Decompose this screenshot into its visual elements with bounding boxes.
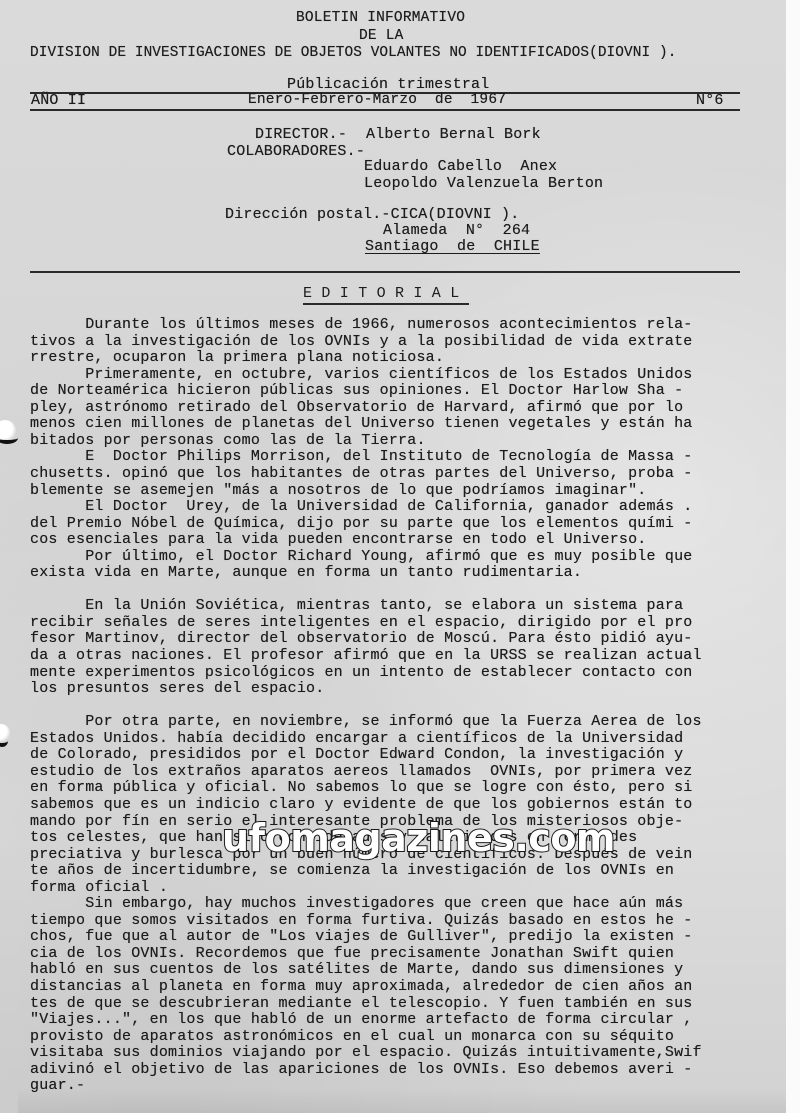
- editorial-line: bitados por personas como las de la Tier…: [30, 432, 426, 449]
- editorial-line: de Colorado, presididos por el Doctor Ed…: [30, 746, 683, 763]
- editorial-line: Durante los últimos meses de 1966, numer…: [30, 316, 693, 333]
- division-name: DIVISION DE INVESTIGACIONES DE OBJETOS V…: [30, 45, 676, 62]
- editorial-line: provisto de aparatos astronómicos en el …: [30, 1028, 674, 1045]
- editorial-line: distancias al planeta en forma muy aprox…: [30, 978, 693, 995]
- editorial-line: menos cien millones de planetas del Univ…: [30, 415, 693, 432]
- section-divider: [30, 271, 740, 273]
- editorial-line: tes de que se descubrieran mediante el t…: [30, 995, 693, 1012]
- editorial-line: chusetts. opinó que los habitantes de ot…: [30, 465, 693, 482]
- editorial-line: visitaba sus dominios viajando por el es…: [30, 1044, 702, 1061]
- editorial-line: estudio de los extraños aparatos aereos …: [30, 763, 693, 780]
- editorial-heading: EDITORIAL: [303, 285, 469, 305]
- editorial-line: sabemos que es un indicio claro y eviden…: [30, 796, 693, 813]
- postal-street: Alameda N° 264: [383, 222, 530, 239]
- director-label: DIRECTOR.-: [255, 126, 347, 143]
- editorial-line: da a otras naciones. El profesor afirmó …: [30, 647, 702, 664]
- bulletin-title: BOLETIN INFORMATIVO: [296, 10, 465, 27]
- header-rule-bottom: [30, 109, 740, 111]
- year-label: AÑO II: [31, 92, 86, 109]
- editorial-line: El Doctor Urey, de la Universidad de Cal…: [30, 498, 693, 515]
- editorial-line: pley, astrónomo retirado del Observatori…: [30, 399, 683, 416]
- editorial-line: de Norteamérica hicieron públicas sus op…: [30, 382, 683, 399]
- publication-type: Públicación trimestral: [287, 76, 489, 93]
- editorial-line: E Doctor Philips Morrison, del Instituto…: [30, 448, 693, 465]
- editorial-line: te años de incertidumbre, se comienza la…: [30, 862, 674, 879]
- editorial-line: guar.-: [30, 1077, 85, 1094]
- editorial-line: blemente se asemejen "más a nosotros de …: [30, 482, 647, 499]
- postal-city: Santiago de CHILE: [365, 238, 540, 255]
- editorial-line: adivinó el objetivo de las apariciones d…: [30, 1061, 693, 1078]
- editorial-line: del Premio Nóbel de Química, dijo por su…: [30, 515, 693, 532]
- director-name: Alberto Bernal Bork: [366, 126, 541, 143]
- editorial-line: rrestre, ocuparon la primera plana notic…: [30, 349, 444, 366]
- editorial-line: En la Unión Soviética, mientras tanto, s…: [30, 597, 683, 614]
- editorial-line: "Viajes...", en los que habló de un enor…: [30, 1011, 693, 1028]
- editorial-line: recibir señales de seres inteligentes en…: [30, 614, 693, 631]
- collaborators-label: COLABORADORES.-: [227, 143, 365, 160]
- editorial-line: tiempo que somos visitados en forma furt…: [30, 912, 693, 929]
- editorial-line: Estados Unidos. había decidido encargar …: [30, 730, 683, 747]
- page-shadow: [18, 1088, 800, 1113]
- editorial-line: cos esenciales para la vida pueden encon…: [30, 531, 647, 548]
- editorial-line: mente experimentos psicológicos en un in…: [30, 664, 693, 681]
- issue-period: Enero-Febrero-Marzo de 1967: [248, 92, 506, 109]
- editorial-line: habló en sus cuentos de los satélites de…: [30, 961, 683, 978]
- bulletin-title-de-la: DE LA: [359, 28, 404, 45]
- editorial-line: exista vida en Marte, aunque en forma un…: [30, 564, 582, 581]
- editorial-line: Por otra parte, en noviembre, se informó…: [30, 713, 702, 730]
- editorial-line: en forma pública y oficial. No sabemos l…: [30, 779, 693, 796]
- editorial-line: cia de los OVNIs. Recordemos que fue pre…: [30, 945, 674, 962]
- editorial-line: fesor Martinov, director del observatori…: [30, 630, 693, 647]
- editorial-line: forma oficial .: [30, 879, 168, 896]
- editorial-line: Sin embargo, hay muchos investigadores q…: [30, 895, 683, 912]
- issue-number: N°6: [696, 92, 724, 109]
- postal-address-label: Dirección postal.-CICA(DIOVNI ).: [225, 206, 519, 223]
- collaborator-name: Leopoldo Valenzuela Berton: [364, 175, 603, 192]
- collaborator-name: Eduardo Cabello Anex: [364, 158, 557, 175]
- editorial-line: Por último, el Doctor Richard Young, afi…: [30, 548, 693, 565]
- editorial-line: los presuntos seres del espacio.: [30, 680, 324, 697]
- editorial-line: chos, fue que al autor de "Los viajes de…: [30, 928, 693, 945]
- editorial-line: tivos a la investigación de los OVNIs y …: [30, 333, 693, 350]
- editorial-line: Primeramente, en octubre, varios científ…: [30, 366, 693, 383]
- scan-background-edge: [786, 0, 800, 1113]
- watermark: ufomagazines.com: [222, 816, 615, 860]
